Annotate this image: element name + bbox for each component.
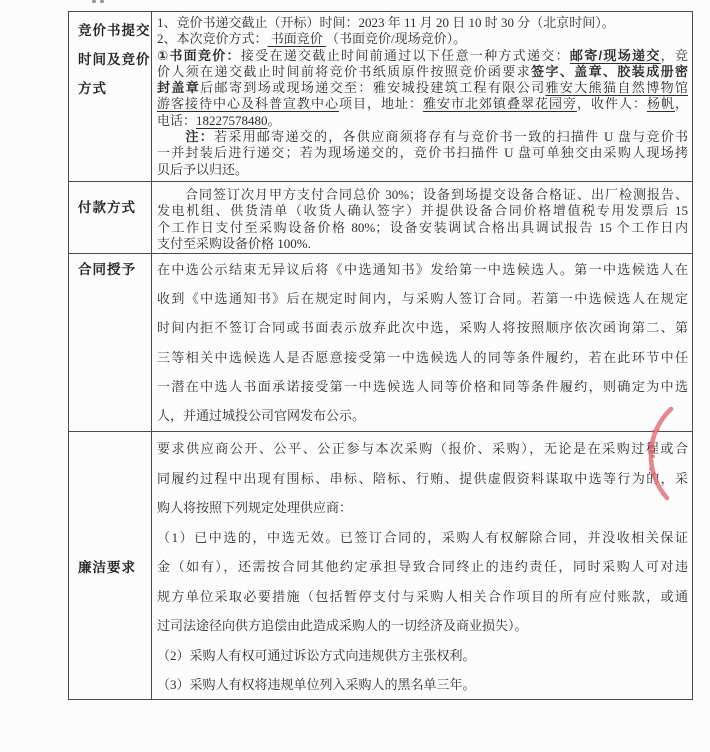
text-run: 若采用邮寄递交的，各供应商须将存有与竞价书一致的扫描件 U 盘与竞价书 [214,129,688,144]
text-run: 要求供应商公开、公平、公正参与本次采购（报价、采购），无论是在采购过程或合 [157,441,688,456]
text-run-bu: 邮寄/现场递交 [570,48,661,63]
text-run: 规方单位采取必要措施（包括暂停支付与采购人相关合作项目的所有应付账款，或通 [157,589,688,604]
text-run: 在中选公示结束无异议后将《中选通知书》发给第一中选候选人。第一中选候选人在 [157,262,688,277]
text-run: （3）采购人有权将违规单位列入采购人的黑名单三年。 [157,677,476,692]
text-run: 一并封装后进行递交；若为现场递交的，竞价书扫描件 U 盘可单独交由采购人现场拷 [157,145,688,160]
row-header-payment-method: 付款方式 [69,182,152,253]
row-header-line: 合同授予 [78,260,151,280]
text-run: （2）采购人有权可通过诉讼方式向违规供方主张权利。 [157,648,476,663]
doc-line: 时间内拒不签订合同或书面表示放弃此次中选，采购人将按照顺序依次函询第二、第 [157,313,688,342]
doc-line: 规方单位采取必要措施（包括暂停支付与采购人相关合作项目的所有应付账款，或通 [157,582,688,612]
text-run: 过司法途径向供方追偿由此造成采购人的一切经济及商业损失）。 [157,618,528,633]
row-header-integrity-requirements: 廉洁要求 [69,432,152,699]
scan-artifact [92,0,108,4]
text-run: 支付至采购设备价格 100%. [157,236,311,251]
text-run-u: 游客接待中心及科普宣教中心 [157,96,339,111]
row-header-line: 竞价书提交 [78,16,151,45]
doc-line: 收到《中选通知书》后在规定时间内，与采购人签订合同。若第一中选候选人在规定 [157,284,688,313]
text-run: 合同签订次月甲方支付合同总价 30%；设备到场提交设备合格证、出厂检测报告、 [157,187,688,202]
table-row-integrity-requirements: 廉洁要求要求供应商公开、公平、公正参与本次采购（报价、采购），无论是在采购过程或… [69,431,692,699]
text-run: 人，并通过城投公司官网发布公示。 [157,408,365,423]
row-header-line: 方式 [78,74,151,103]
doc-line: 合同签订次月甲方支付合同总价 30%；设备到场提交设备合格证、出厂检测报告、 [157,187,688,203]
doc-line: 人，并通过城投公司官网发布公示。 [157,401,688,430]
text-run: 后邮寄到场或现场递交至：雅安城投建筑工程有限公司 [200,80,545,95]
doc-line: 价人须在递交截止时间前将竞价书纸质原件按照竞价函要求签字、盖章、胶装成册密 [157,64,688,80]
text-run: 2、本次竞价方式： [157,31,268,46]
doc-line: 发电机组、供货清单（收货人确认签字）并提供设备合同价格增值税专用发票后 15 [157,203,688,219]
row-content-integrity-requirements: 要求供应商公开、公平、公正参与本次采购（报价、采购），无论是在采购过程或合同履约… [152,432,692,699]
doc-line: 个工作日支付至采购设备价格 80%；设备安装调试合格出具调试报告 15 个工作日… [157,220,688,236]
text-run: 金（如有），还需按合同其他约定承担导致合同终止的违约责任，同时采购人可对违 [157,559,688,574]
doc-line: （1）已中选的，中选无效。已签订合同的，采购人有权解除合同，并没收相关保证 [157,523,688,553]
doc-line: 封盖章后邮寄到场或现场递交至：雅安城投建筑工程有限公司雅安大熊猫自然博物馆 [157,80,688,96]
text-run: 电话： [157,113,196,128]
row-header-line: 付款方式 [78,198,151,218]
row-content-payment-method: 合同签订次月甲方支付合同总价 30%；设备到场提交设备合格证、出厂检测报告、发电… [152,182,692,253]
procurement-terms-table: 竞价书提交时间及竞价方式1、竞价书递交截止（开标）时间：2023 年 11 月 … [68,11,693,700]
text-run: ，竞 [661,48,688,63]
doc-line: 过司法途径向供方追偿由此造成采购人的一切经济及商业损失）。 [157,611,688,641]
doc-line: 游客接待中心及科普宣教中心项目，地址：雅安市北郊镇叠翠花园旁，收件人：杨帆， [157,96,688,112]
row-header-line: 时间及竞价 [78,45,151,74]
doc-line: 同履约过程中出现有围标、串标、陪标、行贿、提供虚假资料谋取中选等行为的，采 [157,464,688,494]
doc-line: ①书面竞价：接受在递交截止时间前通过以下任意一种方式递交：邮寄/现场递交，竞 [157,48,688,64]
doc-line: 电话：18227578480。 [157,113,688,129]
doc-line: 三等相关中选候选人是否愿意接受第一中选候选人的同等条件履约，若在此环节中任 [157,343,688,372]
doc-line: 一并封装后进行递交；若为现场递交的，竞价书扫描件 U 盘可单独交由采购人现场拷 [157,145,688,161]
text-run: 收到《中选通知书》后在规定时间内，与采购人签订合同。若第一中选候选人在规定 [157,291,688,306]
doc-line: 支付至采购设备价格 100%. [157,236,688,252]
doc-line: 1、竞价书递交截止（开标）时间：2023 年 11 月 20 日 10 时 30… [157,15,688,31]
doc-line: 一潜在中选人书面承诺接受第一中选候选人同等价格和同等条件履约，则确定为中选 [157,372,688,401]
table-row-payment-method: 付款方式 合同签订次月甲方支付合同总价 30%；设备到场提交设备合格证、出厂检测… [69,181,692,253]
text-run-b: 封盖章 [157,80,200,95]
row-header-bid-submission: 竞价书提交时间及竞价方式 [69,12,152,181]
text-run: 个工作日支付至采购设备价格 80%；设备安装调试合格出具调试报告 15 个工作日… [157,220,688,235]
doc-line: 购人将按照下列规定处理供应商： [157,493,688,523]
text-run: 一潜在中选人书面承诺接受第一中选候选人同等价格和同等条件履约，则确定为中选 [157,379,688,394]
text-run: 发电机组、供货清单（收货人确认签字）并提供设备合同价格增值税专用发票后 15 [157,203,688,218]
text-run [157,129,186,144]
document-page: 竞价书提交时间及竞价方式1、竞价书递交截止（开标）时间：2023 年 11 月 … [0,0,710,752]
doc-line: 金（如有），还需按合同其他约定承担导致合同终止的违约责任，同时采购人可对违 [157,552,688,582]
text-run-u: 雅安大熊猫自然博物馆 [545,80,688,95]
text-run: 购人将按照下列规定处理供应商： [157,500,352,515]
text-run-b: ①书面竞价： [157,48,241,63]
row-header-line: 廉洁要求 [78,558,151,578]
doc-line: 要求供应商公开、公平、公正参与本次采购（报价、采购），无论是在采购过程或合 [157,434,688,464]
text-run: 价人须在递交截止时间前将竞价书纸质原件按照竞价函要求 [157,64,531,79]
text-run-u: 书面竞价 [268,31,327,46]
text-run-u: 18227578480 [196,113,268,128]
table-row-bid-submission: 竞价书提交时间及竞价方式1、竞价书递交截止（开标）时间：2023 年 11 月 … [69,12,692,181]
text-run: 项目，地址： [339,96,423,111]
text-run: （1）已中选的，中选无效。已签订合同的，采购人有权解除合同，并没收相关保证 [157,530,688,545]
table-row-contract-award: 合同授予在中选公示结束无异议后将《中选通知书》发给第一中选候选人。第一中选候选人… [69,253,692,431]
text-run: （书面竞价/现场竞价）。 [326,31,466,46]
text-run: ，收件人： [577,96,647,111]
text-run-b: 签字、盖章、胶装成册密 [531,64,688,79]
text-run: 接受在递交截止时间前通过以下任意一种方式递交： [241,48,570,63]
text-run: 三等相关中选候选人是否愿意接受第一中选候选人的同等条件履约，若在此环节中任 [157,350,688,365]
text-run: 。 [268,113,281,128]
text-run: ， [675,96,688,111]
doc-line: 贝后予以归还。 [157,162,688,178]
text-run-u: 雅安市北郊镇叠翠花园旁 [423,96,577,111]
doc-line: （3）采购人有权将违规单位列入采购人的黑名单三年。 [157,670,688,700]
text-run-u: 杨帆 [647,96,675,111]
row-content-contract-award: 在中选公示结束无异议后将《中选通知书》发给第一中选候选人。第一中选候选人在收到《… [152,254,692,431]
doc-line: （2）采购人有权可通过诉讼方式向违规供方主张权利。 [157,641,688,671]
doc-line: 2、本次竞价方式： 书面竞价 （书面竞价/现场竞价）。 [157,31,688,47]
text-run: 同履约过程中出现有围标、串标、陪标、行贿、提供虚假资料谋取中选等行为的，采 [157,471,688,486]
text-run: 时间内拒不签订合同或书面表示放弃此次中选，采购人将按照顺序依次函询第二、第 [157,320,688,335]
text-run: 1、竞价书递交截止（开标）时间：2023 年 11 月 20 日 10 时 30… [157,15,615,30]
doc-line: 在中选公示结束无异议后将《中选通知书》发给第一中选候选人。第一中选候选人在 [157,255,688,284]
row-content-bid-submission: 1、竞价书递交截止（开标）时间：2023 年 11 月 20 日 10 时 30… [152,12,692,181]
text-run: 贝后予以归还。 [157,162,248,177]
row-header-contract-award: 合同授予 [69,254,152,431]
text-run-b: 注： [186,129,215,144]
doc-line: 注：若采用邮寄递交的，各供应商须将存有与竞价书一致的扫描件 U 盘与竞价书 [157,129,688,145]
